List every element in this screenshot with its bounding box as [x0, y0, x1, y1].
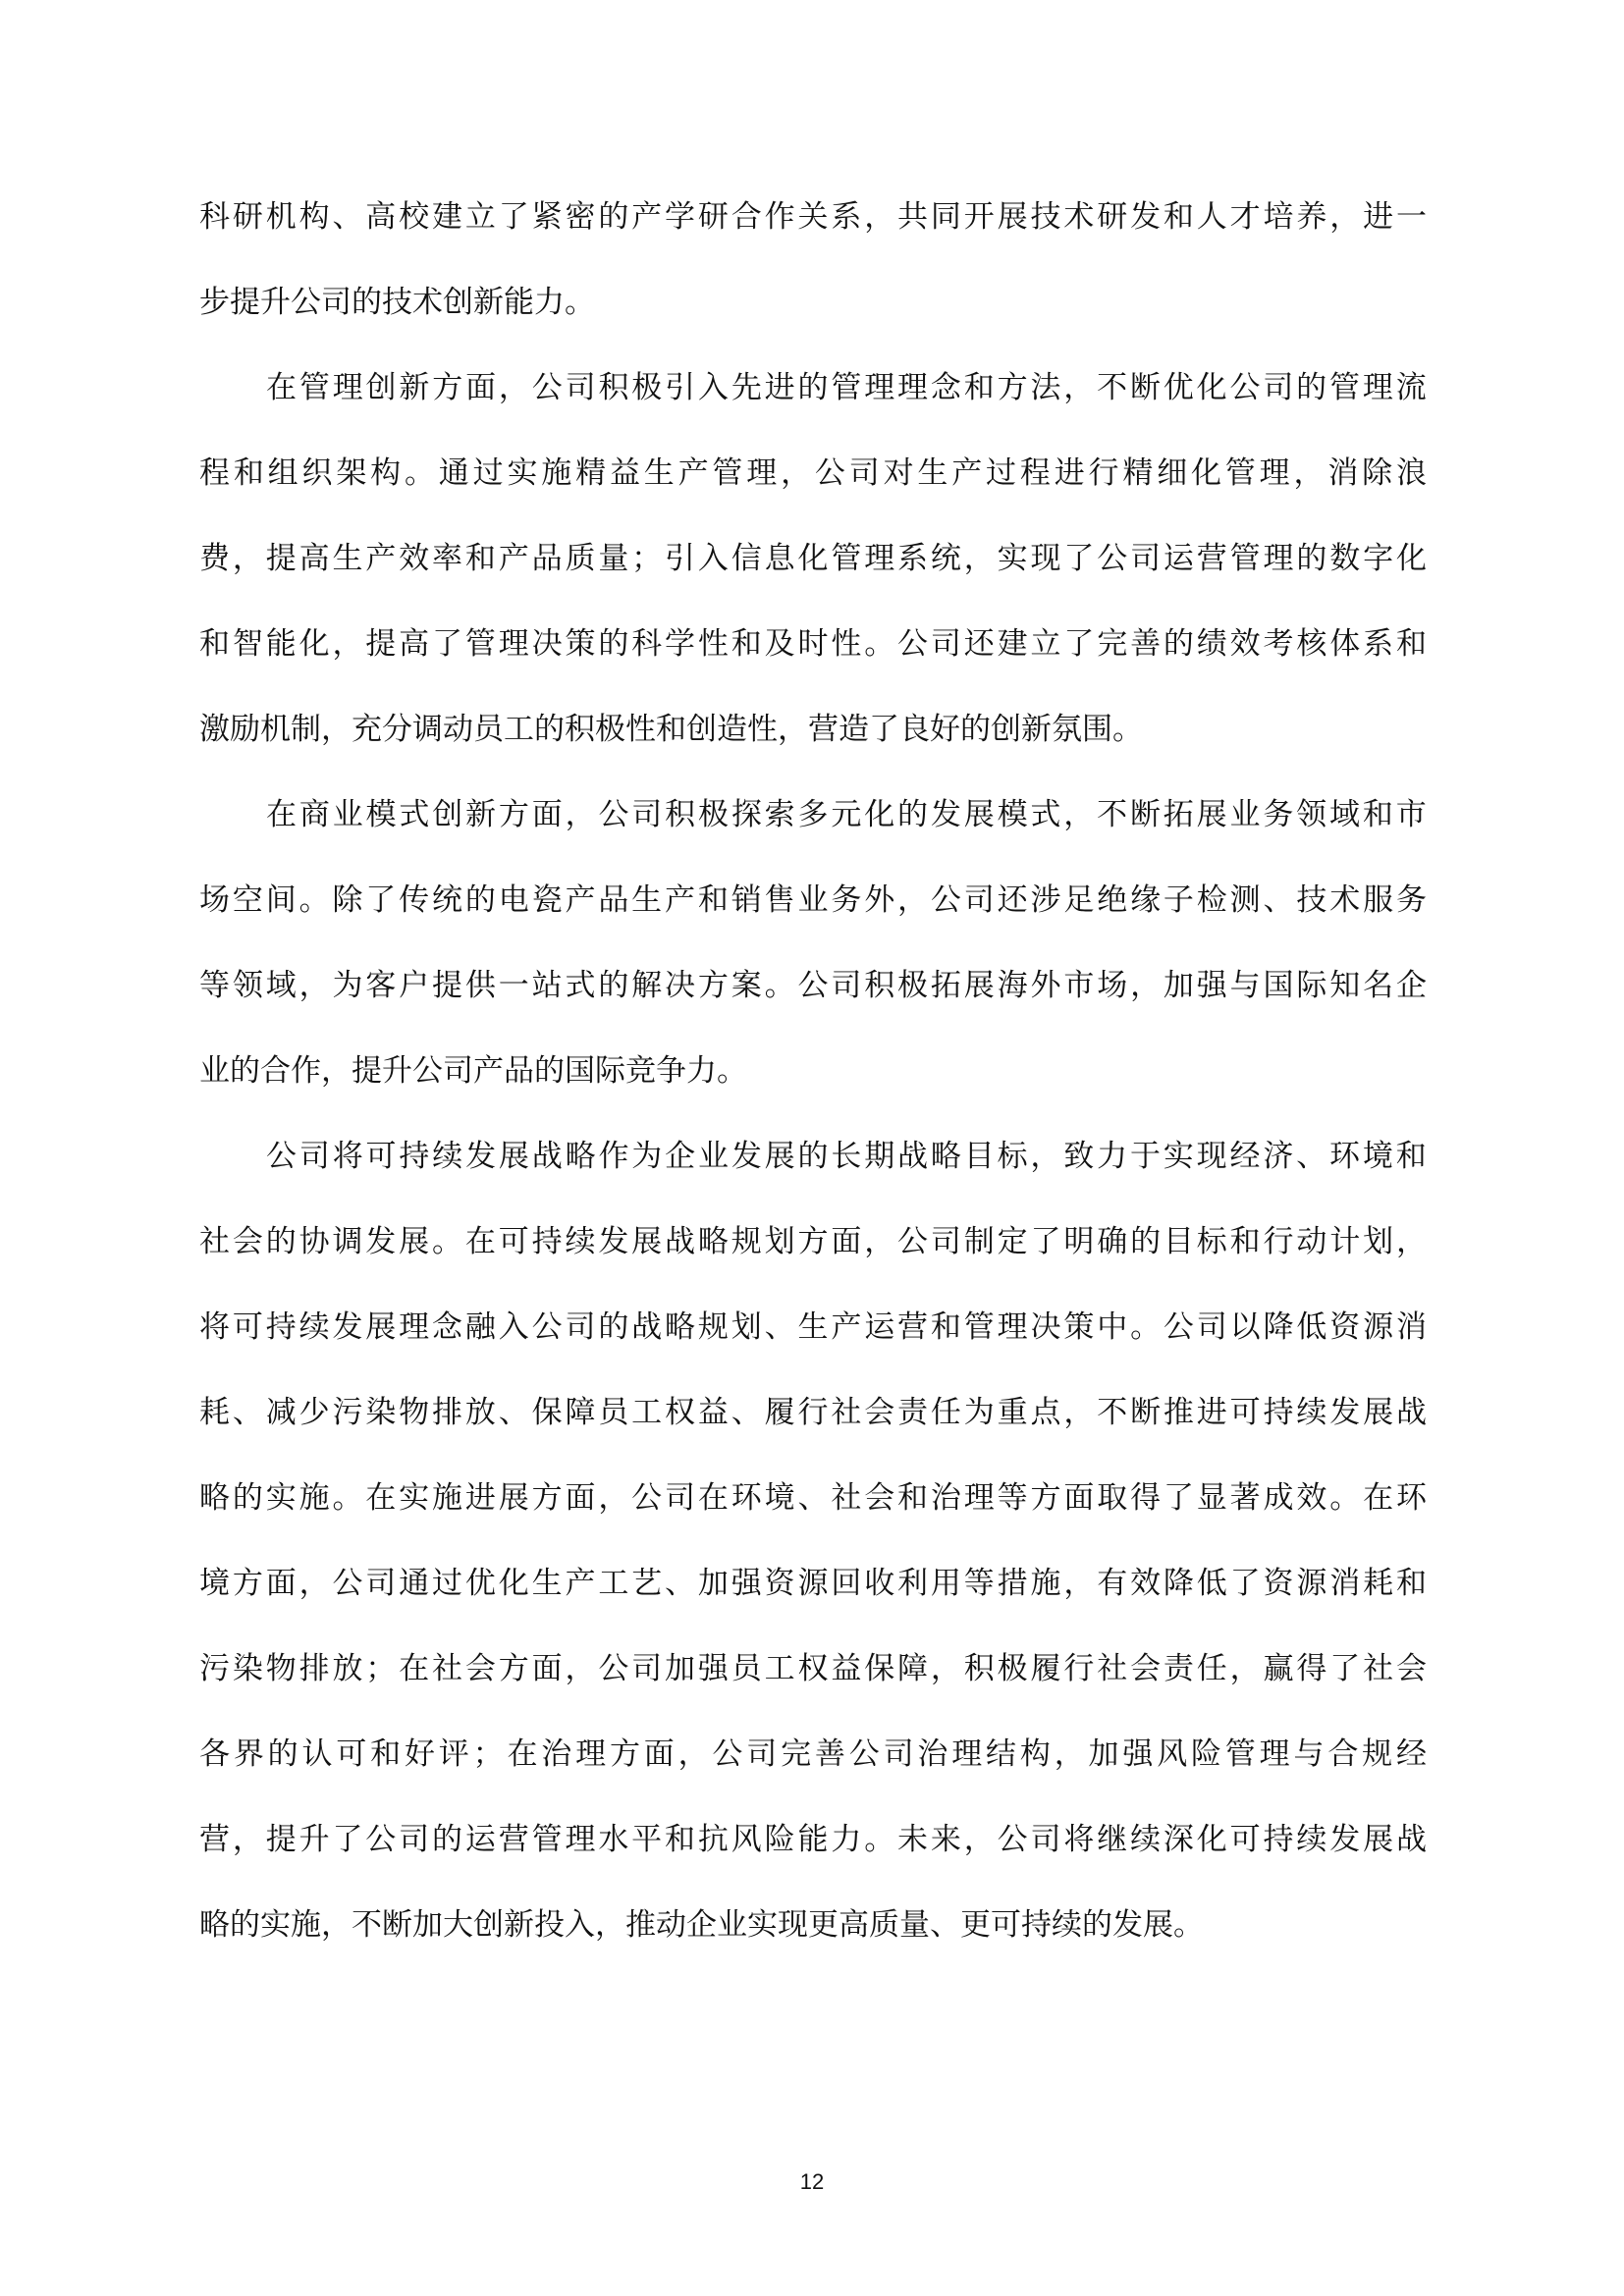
paragraph: 公司将可持续发展战略作为企业发展的长期战略目标，致力于实现经济、环境和社会的协调… [199, 1114, 1427, 1968]
text-line: 在管理创新方面，公司积极引入先进的管理理念和方法，不断优化公司的管理流 [199, 346, 1427, 431]
text-line: 激励机制，充分调动员工的积极性和创造性，营造了良好的创新氛围。 [199, 687, 1427, 773]
text-line: 场空间。除了传统的电瓷产品生产和销售业务外，公司还涉足绝缘子检测、技术服务 [199, 858, 1427, 943]
page-number: 12 [0, 2169, 1624, 2195]
text-line: 业的合作，提升公司产品的国际竞争力。 [199, 1029, 1427, 1114]
paragraph: 科研机构、高校建立了紧密的产学研合作关系，共同开展技术研发和人才培养，进一步提升… [199, 175, 1427, 346]
text-line: 社会的协调发展。在可持续发展战略规划方面，公司制定了明确的目标和行动计划， [199, 1200, 1427, 1285]
body-text: 科研机构、高校建立了紧密的产学研合作关系，共同开展技术研发和人才培养，进一步提升… [199, 175, 1427, 1968]
text-line: 程和组织架构。通过实施精益生产管理，公司对生产过程进行精细化管理，消除浪 [199, 431, 1427, 516]
document-page: 科研机构、高校建立了紧密的产学研合作关系，共同开展技术研发和人才培养，进一步提升… [0, 0, 1624, 2296]
paragraph: 在管理创新方面，公司积极引入先进的管理理念和方法，不断优化公司的管理流程和组织架… [199, 346, 1427, 773]
text-line: 在商业模式创新方面，公司积极探索多元化的发展模式，不断拓展业务领域和市 [199, 773, 1427, 858]
text-line: 营，提升了公司的运营管理水平和抗风险能力。未来，公司将继续深化可持续发展战 [199, 1797, 1427, 1883]
text-line: 和智能化，提高了管理决策的科学性和及时性。公司还建立了完善的绩效考核体系和 [199, 602, 1427, 687]
text-line: 费，提高生产效率和产品质量；引入信息化管理系统，实现了公司运营管理的数字化 [199, 516, 1427, 602]
text-line: 略的实施。在实施进展方面，公司在环境、社会和治理等方面取得了显著成效。在环 [199, 1456, 1427, 1541]
text-line: 各界的认可和好评；在治理方面，公司完善公司治理结构，加强风险管理与合规经 [199, 1712, 1427, 1797]
text-line: 步提升公司的技术创新能力。 [199, 260, 1427, 346]
text-line: 等领域，为客户提供一站式的解决方案。公司积极拓展海外市场，加强与国际知名企 [199, 943, 1427, 1029]
text-line: 公司将可持续发展战略作为企业发展的长期战略目标，致力于实现经济、环境和 [199, 1114, 1427, 1200]
text-line: 污染物排放；在社会方面，公司加强员工权益保障，积极履行社会责任，赢得了社会 [199, 1627, 1427, 1712]
text-line: 耗、减少污染物排放、保障员工权益、履行社会责任为重点，不断推进可持续发展战 [199, 1370, 1427, 1456]
paragraph: 在商业模式创新方面，公司积极探索多元化的发展模式，不断拓展业务领域和市场空间。除… [199, 773, 1427, 1114]
text-line: 科研机构、高校建立了紧密的产学研合作关系，共同开展技术研发和人才培养，进一 [199, 175, 1427, 260]
text-line: 略的实施，不断加大创新投入，推动企业实现更高质量、更可持续的发展。 [199, 1883, 1427, 1968]
text-line: 境方面，公司通过优化生产工艺、加强资源回收利用等措施，有效降低了资源消耗和 [199, 1541, 1427, 1627]
text-line: 将可持续发展理念融入公司的战略规划、生产运营和管理决策中。公司以降低资源消 [199, 1285, 1427, 1370]
